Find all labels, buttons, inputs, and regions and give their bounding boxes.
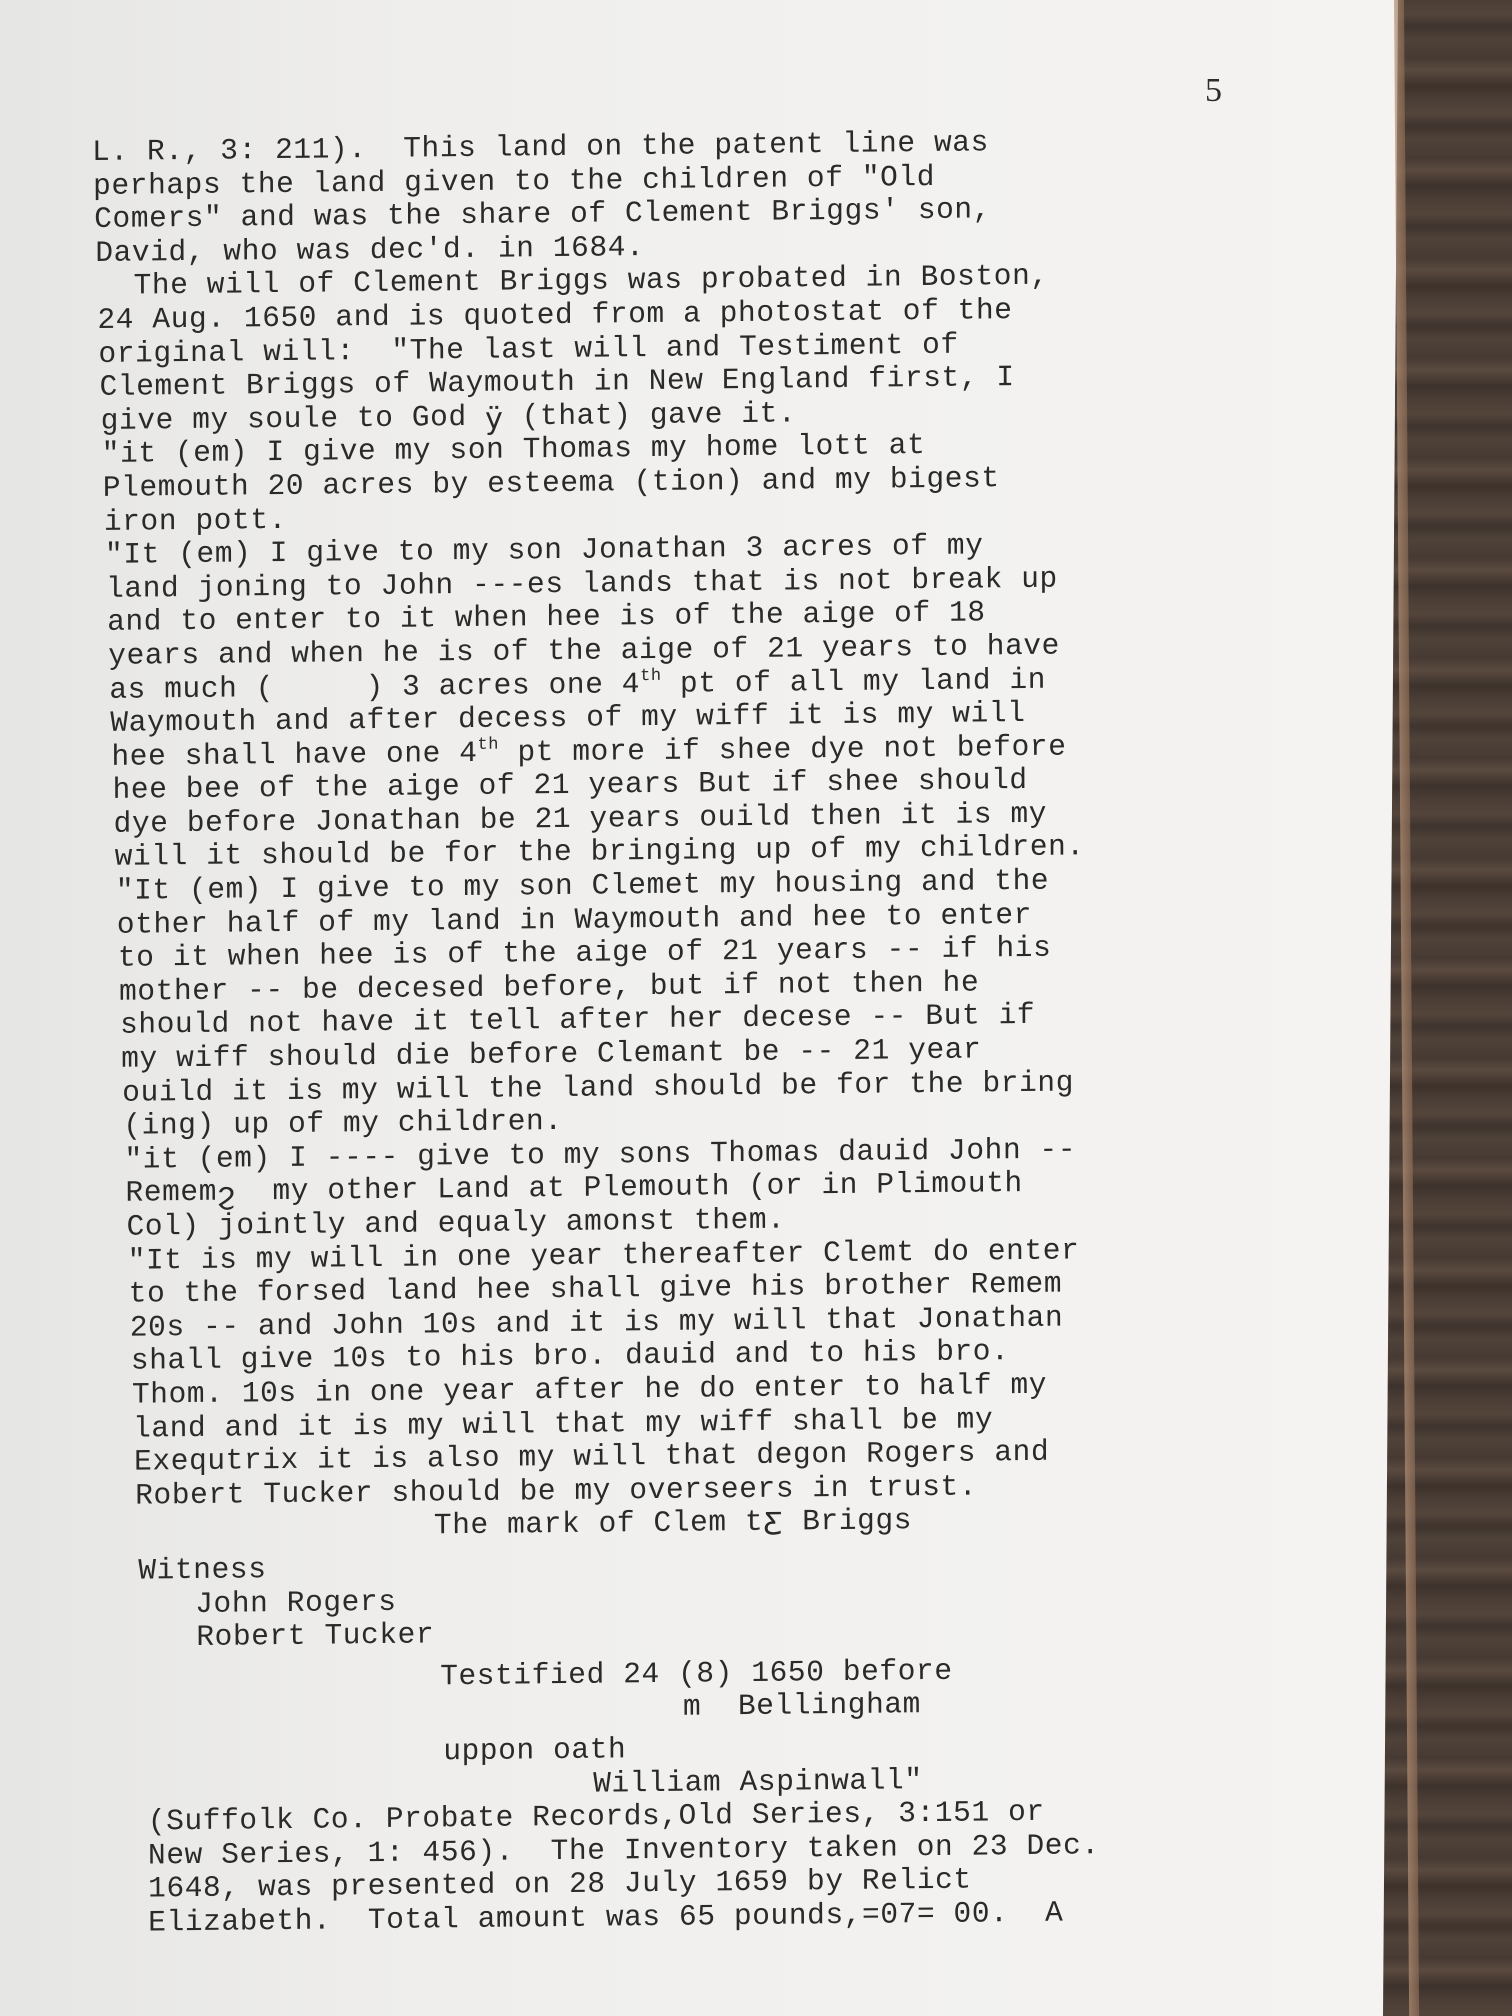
page-number: 5 [1205, 72, 1222, 110]
superscript-th: th [477, 735, 499, 754]
page-edge [1394, 0, 1419, 2016]
photo-scene: 5 L. R., 3: 211). This land on the paten… [0, 0, 1512, 2016]
superscript-th: th [640, 666, 662, 685]
typewritten-body: L. R., 3: 211). This land on the patent … [92, 122, 1359, 1940]
document-page: 5 L. R., 3: 211). This land on the paten… [0, 0, 1398, 2016]
